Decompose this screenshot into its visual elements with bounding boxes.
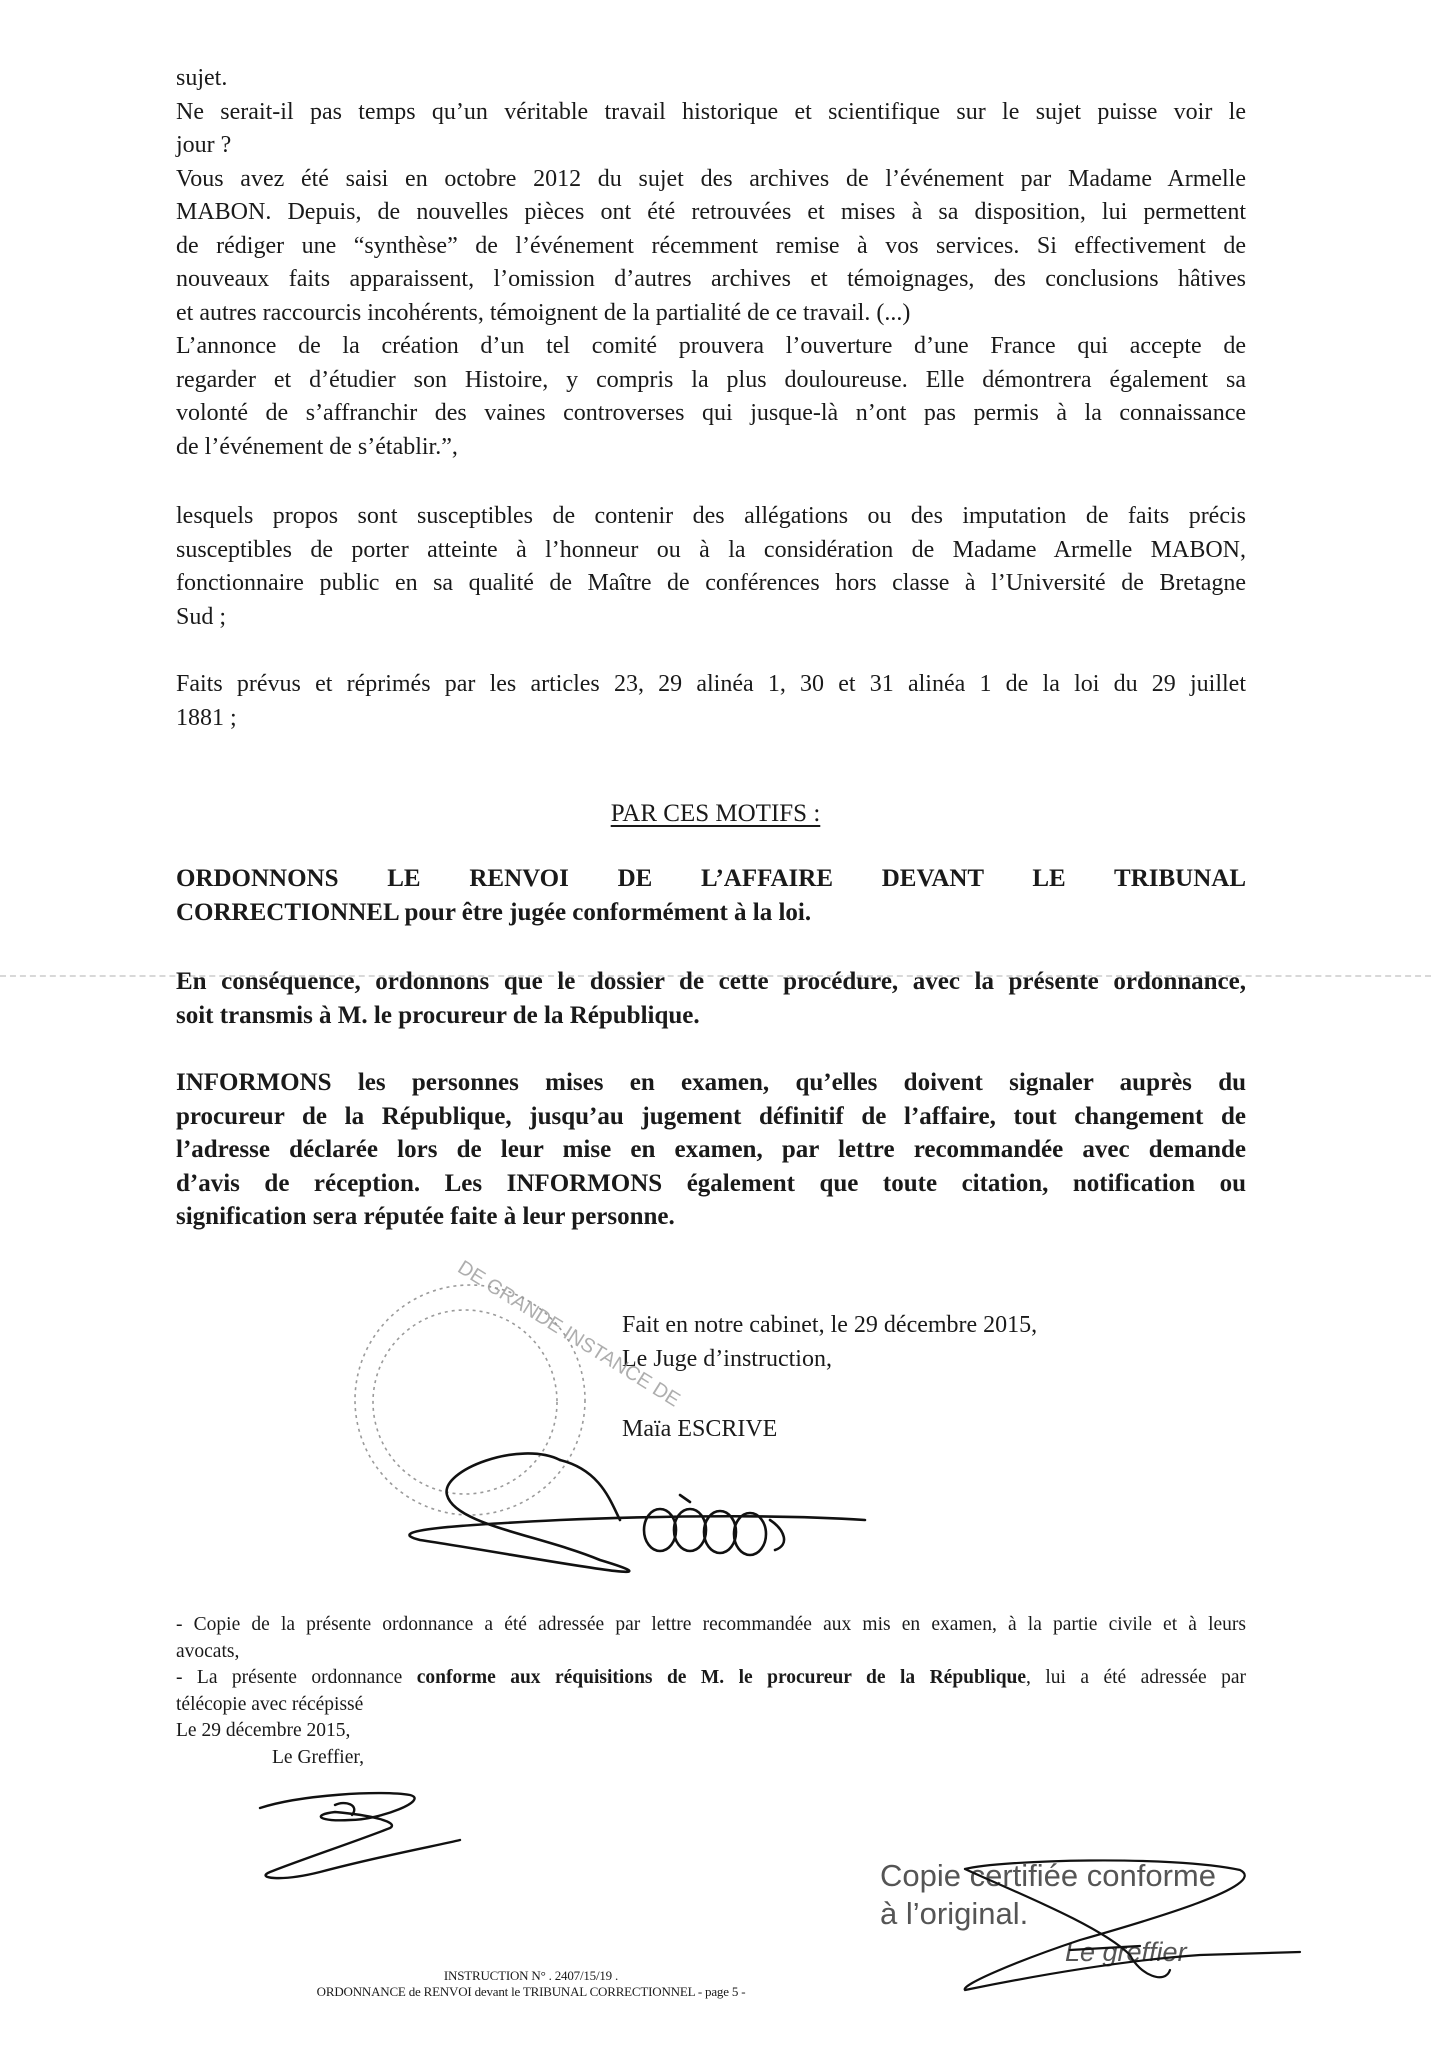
informons-line: signification sera réputée faite à leur … <box>176 1200 1246 1234</box>
faits-line: Faits prévus et réprimés par les article… <box>176 668 1246 702</box>
renvoi-line: CORRECTIONNEL pour être jugée conforméme… <box>176 896 1246 930</box>
allegations-line: susceptibles de porter atteinte à l’honn… <box>176 534 1246 568</box>
judge-signature-icon <box>409 1453 865 1571</box>
greffier-signature-icon <box>260 1793 460 1878</box>
judge-name: Maïa ESCRIVE <box>622 1412 777 1447</box>
quote-line: Ne serait-il pas temps qu’un véritable t… <box>176 96 1246 130</box>
document-page: sujet. Ne serait-il pas temps qu’un véri… <box>0 0 1431 2048</box>
certified-copy-stamp-line1: Copie certifiée conforme <box>880 1858 1216 1894</box>
allegations-line: lesquels propos sont susceptibles de con… <box>176 500 1246 534</box>
faits-line: 1881 ; <box>176 702 1246 736</box>
quote-line: L’annonce de la création d’un tel comité… <box>176 330 1246 364</box>
renvoi-line: ORDONNONS LE RENVOI DE L’AFFAIRE DEVANT … <box>176 862 1246 896</box>
informons-line: l’adresse déclarée lors de leur mise en … <box>176 1133 1246 1167</box>
certified-copy-stamp-line3: Le greffier <box>1065 1934 1187 1970</box>
quote-line: MABON. Depuis, de nouvelles pièces ont é… <box>176 196 1246 230</box>
conform-bold: conforme aux réquisitions de M. le procu… <box>417 1667 1026 1688</box>
conform-note: - La présente ordonnance conforme aux ré… <box>176 1665 1246 1692</box>
copy-note-line: avocats, <box>176 1639 1246 1666</box>
conform-prefix: - La présente ordonnance <box>176 1667 417 1688</box>
consequence-order: En conséquence, ordonnons que le dossier… <box>176 965 1246 1032</box>
distribution-notes: - Copie de la présente ordonnance a été … <box>176 1612 1246 1771</box>
conform-suffix: , lui a été adressée par <box>1026 1667 1246 1688</box>
consequence-line: soit transmis à M. le procureur de la Ré… <box>176 999 1246 1033</box>
renvoi-order: ORDONNONS LE RENVOI DE L’AFFAIRE DEVANT … <box>176 862 1246 929</box>
legal-articles-paragraph: Faits prévus et réprimés par les article… <box>176 668 1246 735</box>
conform-note-line2: télécopie avec récépissé <box>176 1692 1246 1719</box>
court-seal-stamp-icon <box>355 1285 585 1515</box>
allegations-paragraph: lesquels propos sont susceptibles de con… <box>176 500 1246 634</box>
greffier-role: Le Greffier, <box>176 1745 1246 1772</box>
signature-place-date: Fait en notre cabinet, le 29 décembre 20… <box>622 1308 1037 1343</box>
quote-line: jour ? <box>176 129 1246 163</box>
quote-line: et autres raccourcis incohérents, témoig… <box>176 297 1246 331</box>
footer-document-title: ORDONNANCE de RENVOI devant le TRIBUNAL … <box>0 1984 1062 2000</box>
allegations-line: Sud ; <box>176 601 1246 635</box>
quote-line: regarder et d’étudier son Histoire, y co… <box>176 364 1246 398</box>
motifs-heading: PAR CES MOTIFS : <box>611 800 821 827</box>
consequence-line: En conséquence, ordonnons que le dossier… <box>176 965 1246 999</box>
quote-line: sujet. <box>176 62 1246 96</box>
allegations-line: fonctionnaire public en sa qualité de Ma… <box>176 567 1246 601</box>
certified-copy-stamp-line2: à l’original. <box>880 1896 1028 1932</box>
informons-line: d’avis de réception. Les INFORMONS égale… <box>176 1167 1246 1201</box>
informons-line: procureur de la République, jusqu’au jug… <box>176 1100 1246 1134</box>
informons-order: INFORMONS les personnes mises en examen,… <box>176 1066 1246 1234</box>
quote-line: de rédiger une “synthèse” de l’événement… <box>176 230 1246 264</box>
judge-role: Le Juge d’instruction, <box>622 1342 832 1377</box>
greffier-date: Le 29 décembre 2015, <box>176 1718 1246 1745</box>
quote-line: volonté de s’affranchir des vaines contr… <box>176 397 1246 431</box>
footer-instruction-number: INSTRUCTION N° . 2407/15/19 . <box>0 1968 1062 1984</box>
quote-line: de l’événement de s’établir.”, <box>176 431 1246 465</box>
quoted-statement: sujet. Ne serait-il pas temps qu’un véri… <box>176 62 1246 464</box>
informons-line: INFORMONS les personnes mises en examen,… <box>176 1066 1246 1100</box>
quote-line: Vous avez été saisi en octobre 2012 du s… <box>176 163 1246 197</box>
quote-line: nouveaux faits apparaissent, l’omission … <box>176 263 1246 297</box>
copy-note-line: - Copie de la présente ordonnance a été … <box>176 1612 1246 1639</box>
section-title: PAR CES MOTIFS : <box>0 800 1431 828</box>
